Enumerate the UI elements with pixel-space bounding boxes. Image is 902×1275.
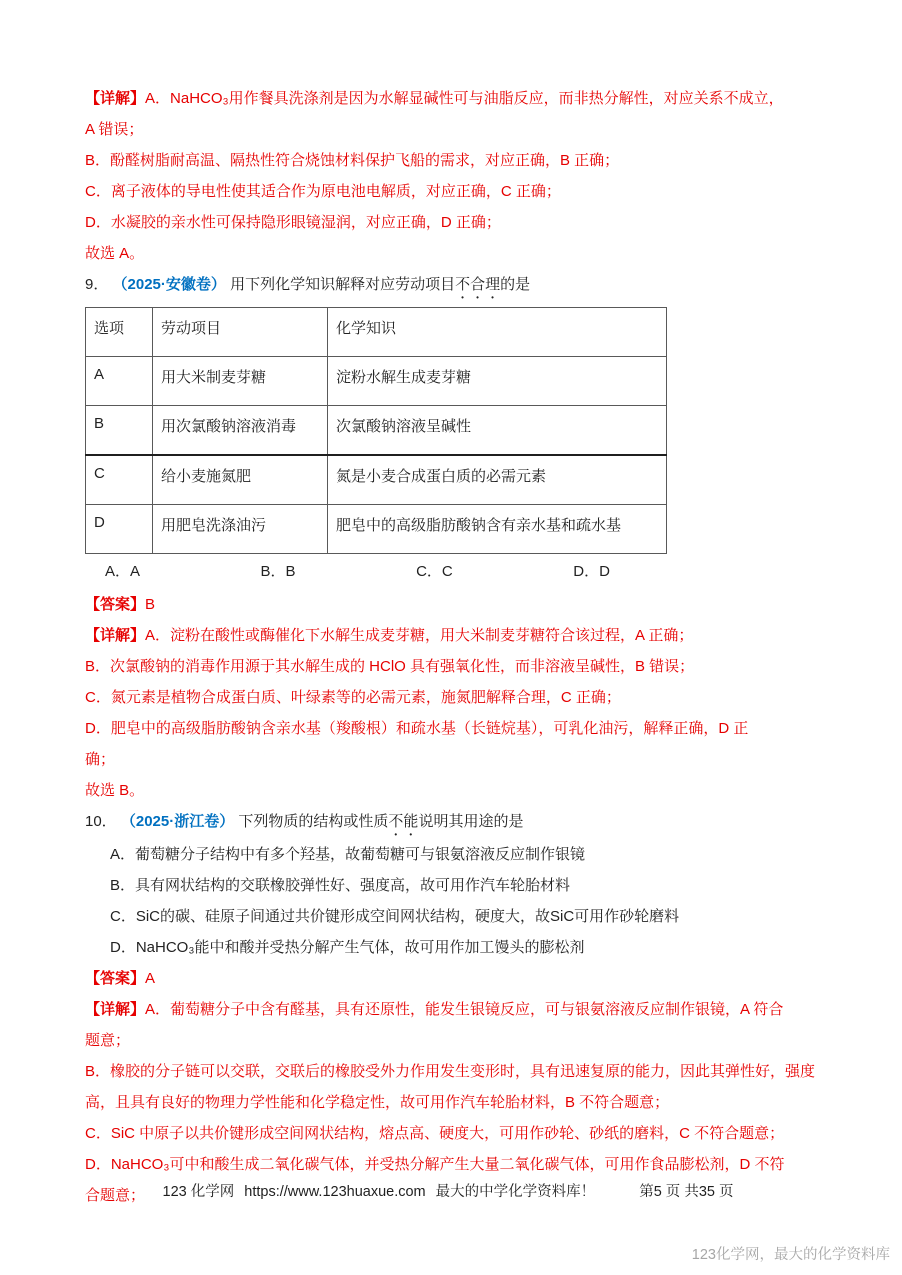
detail-line: C．SiC 中原子以共价键形成空间网状结构，熔点高、硬度大，可用作砂轮、砂纸的磨… <box>85 1118 822 1149</box>
detail-line: C．离子液体的导电性使其适合作为原电池电解质，对应正确，C 正确； <box>85 176 822 207</box>
watermark: 123化学网，最大的化学资料库 <box>692 1243 890 1264</box>
q9-stem-post: 的是 <box>500 276 530 293</box>
q10-stem: 10． （2025·浙江卷） 下列物质的结构或性质不能说明其用途的是 <box>85 806 822 839</box>
q9-choice-d: D．D <box>573 558 610 585</box>
question-10: 10． （2025·浙江卷） 下列物质的结构或性质不能说明其用途的是 A．葡萄糖… <box>85 806 822 1211</box>
q9-table-header-project: 劳动项目 <box>153 308 328 357</box>
detail-line: D．肥皂中的高级脂肪酸钠含亲水基（羧酸根）和疏水基（长链烷基），可乳化油污，解释… <box>85 713 822 744</box>
q8-detail-block: 【详解】A．NaHCO₃用作餐具洗涤剂是因为水解显碱性可与油脂反应，而非热分解性… <box>85 83 822 269</box>
answer-value: A <box>145 970 155 987</box>
footer-site-name: 123 化学网 <box>163 1184 235 1200</box>
q9-detail-block: 【详解】A．淀粉在酸性或酶催化下水解生成麦芽糖，用大米制麦芽糖符合该过程，A 正… <box>85 620 822 806</box>
q9-number: 9． <box>85 276 108 293</box>
q9-table-header-knowledge: 化学知识 <box>328 308 667 357</box>
q9-choice-a: A．A <box>105 558 140 585</box>
q10-answer-line: 【答案】A <box>85 963 822 994</box>
detail-line: 【详解】A．淀粉在酸性或酶催化下水解生成麦芽糖，用大米制麦芽糖符合该过程，A 正… <box>85 620 822 651</box>
footer-tagline: 最大的中学化学资料库！ <box>436 1184 596 1200</box>
detail-label: 【详解】 <box>85 1001 145 1018</box>
footer-page-number: 第5 页 共35 页 <box>639 1184 733 1200</box>
q9-table-header-row: 选项 劳动项目 化学知识 <box>86 308 667 357</box>
q10-source-tag: （2025·浙江卷） <box>121 813 234 830</box>
detail-line: B．次氯酸钠的消毒作用源于其水解生成的 HClO 具有强氧化性，而非溶液呈碱性，… <box>85 651 822 682</box>
answer-label: 【答案】 <box>85 596 145 613</box>
detail-label: 【详解】 <box>85 627 145 644</box>
q9-choices-row: A．A B．B C．C D．D <box>105 558 610 585</box>
detail-label: 【详解】 <box>85 90 145 107</box>
detail-conclusion: 故选 B。 <box>85 775 822 806</box>
document-page: 【详解】A．NaHCO₃用作餐具洗涤剂是因为水解显碱性可与油脂反应，而非热分解性… <box>0 0 902 1211</box>
footer-url: https://www.123huaxue.com <box>244 1184 425 1200</box>
q10-option-b: B．具有网状结构的交联橡胶弹性好、强度高，故可用作汽车轮胎材料 <box>110 870 822 901</box>
table-cell-option: D <box>86 505 153 554</box>
detail-line: 题意； <box>85 1025 822 1056</box>
table-row: C 给小麦施氮肥 氮是小麦合成蛋白质的必需元素 <box>86 455 667 505</box>
table-cell-project: 用肥皂洗涤油污 <box>153 505 328 554</box>
q10-stem-pre: 下列物质的结构或性质 <box>238 813 388 830</box>
q10-option-c: C．SiC的碳、硅原子间通过共价键形成空间网状结构，硬度大，故SiC可用作砂轮磨… <box>110 901 822 932</box>
q9-choice-c: C．C <box>416 558 453 585</box>
q9-source-tag: （2025·安徽卷） <box>113 276 226 293</box>
table-cell-knowledge: 氮是小麦合成蛋白质的必需元素 <box>328 455 667 505</box>
detail-line: 【详解】A．NaHCO₃用作餐具洗涤剂是因为水解显碱性可与油脂反应，而非热分解性… <box>85 83 822 114</box>
table-row: D 用肥皂洗涤油污 肥皂中的高级脂肪酸钠含有亲水基和疏水基 <box>86 505 667 554</box>
table-cell-knowledge: 肥皂中的高级脂肪酸钠含有亲水基和疏水基 <box>328 505 667 554</box>
table-cell-knowledge: 淀粉水解生成麦芽糖 <box>328 357 667 406</box>
q9-stem-pre: 用下列化学知识解释对应劳动项目 <box>230 276 455 293</box>
q10-detail-block: 【详解】A．葡萄糖分子中含有醛基，具有还原性，能发生银镜反应，可与银氨溶液反应制… <box>85 994 822 1211</box>
q10-option-d: D．NaHCO₃能中和酸并受热分解产生气体，故可用作加工馒头的膨松剂 <box>110 932 822 963</box>
table-row: A 用大米制麦芽糖 淀粉水解生成麦芽糖 <box>86 357 667 406</box>
detail-line: D．水凝胶的亲水性可保持隐形眼镜湿润，对应正确，D 正确； <box>85 207 822 238</box>
detail-text: A．葡萄糖分子中含有醛基，具有还原性，能发生银镜反应，可与银氨溶液反应制作银镜，… <box>145 1001 783 1018</box>
table-cell-project: 用次氯酸钠溶液消毒 <box>153 406 328 456</box>
q9-answer-line: 【答案】B <box>85 589 822 620</box>
q9-stem: 9． （2025·安徽卷） 用下列化学知识解释对应劳动项目不合理的是 <box>85 269 822 302</box>
detail-line: C．氮元素是植物合成蛋白质、叶绿素等的必需元素，施氮肥解释合理，C 正确； <box>85 682 822 713</box>
q9-table: 选项 劳动项目 化学知识 A 用大米制麦芽糖 淀粉水解生成麦芽糖 B 用次氯酸钠… <box>85 307 667 554</box>
q10-options: A．葡萄糖分子结构中有多个羟基，故葡萄糖可与银氨溶液反应制作银镜 B．具有网状结… <box>110 839 822 963</box>
table-cell-project: 用大米制麦芽糖 <box>153 357 328 406</box>
table-cell-option: A <box>86 357 153 406</box>
q10-stem-post: 说明其用途的是 <box>418 813 523 830</box>
table-cell-option: C <box>86 455 153 505</box>
detail-line: 高，且具有良好的物理力学性能和化学稳定性，故可用作汽车轮胎材料，B 不符合题意； <box>85 1087 822 1118</box>
detail-conclusion: 故选 A。 <box>85 238 822 269</box>
q10-number: 10． <box>85 813 117 830</box>
table-cell-option: B <box>86 406 153 456</box>
page-footer: 123 化学网 https://www.123huaxue.com 最大的中学化… <box>0 1182 902 1202</box>
detail-text: A．淀粉在酸性或酶催化下水解生成麦芽糖，用大米制麦芽糖符合该过程，A 正确； <box>145 627 693 644</box>
answer-label: 【答案】 <box>85 970 145 987</box>
detail-line: D．NaHCO₃可中和酸生成二氧化碳气体，并受热分解产生大量二氧化碳气体，可用作… <box>85 1149 822 1180</box>
detail-line: B．橡胶的分子链可以交联，交联后的橡胶受外力作用发生变形时，具有迅速复原的能力，… <box>85 1056 822 1087</box>
q10-stem-emphasis: 不能 <box>388 813 418 830</box>
q9-table-header-option: 选项 <box>86 308 153 357</box>
table-row: B 用次氯酸钠溶液消毒 次氯酸钠溶液呈碱性 <box>86 406 667 456</box>
table-cell-project: 给小麦施氮肥 <box>153 455 328 505</box>
detail-line: 确； <box>85 744 822 775</box>
table-cell-knowledge: 次氯酸钠溶液呈碱性 <box>328 406 667 456</box>
answer-value: B <box>145 596 155 613</box>
q9-choice-b: B．B <box>261 558 296 585</box>
detail-text: A．NaHCO₃用作餐具洗涤剂是因为水解显碱性可与油脂反应，而非热分解性，对应关… <box>145 90 784 107</box>
question-9: 9． （2025·安徽卷） 用下列化学知识解释对应劳动项目不合理的是 选项 劳动… <box>85 269 822 806</box>
detail-line: B．酚醛树脂耐高温、隔热性符合烧蚀材料保护飞船的需求，对应正确，B 正确； <box>85 145 822 176</box>
detail-line: A 错误； <box>85 114 822 145</box>
q10-option-a: A．葡萄糖分子结构中有多个羟基，故葡萄糖可与银氨溶液反应制作银镜 <box>110 839 822 870</box>
detail-line: 【详解】A．葡萄糖分子中含有醛基，具有还原性，能发生银镜反应，可与银氨溶液反应制… <box>85 994 822 1025</box>
q9-stem-emphasis: 不合理 <box>455 276 500 293</box>
